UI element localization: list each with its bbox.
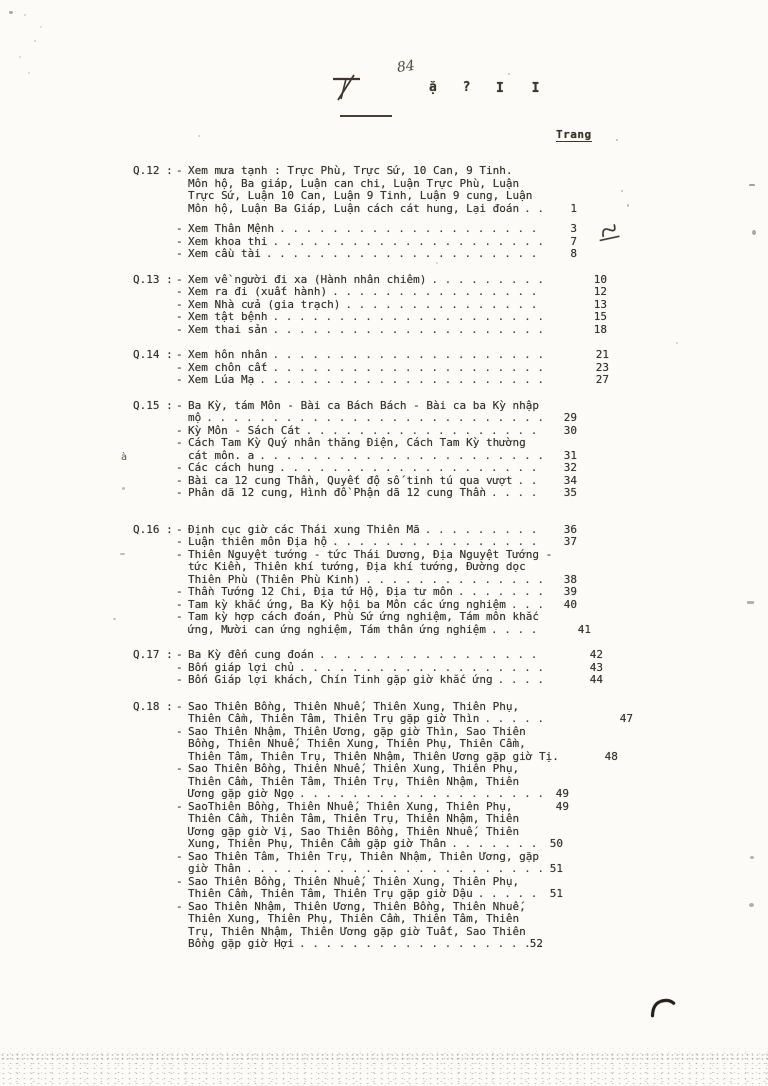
section-label xyxy=(133,475,176,488)
entry-dash: - xyxy=(176,286,188,299)
page-number xyxy=(543,901,577,914)
section-label xyxy=(133,561,176,574)
entry-dash: - xyxy=(176,437,188,450)
toc-line: Q.12 :-Xem mưa tạnh : Trực Phù, Trực Sứ,… xyxy=(133,165,577,178)
entry-text: mộ xyxy=(188,412,201,425)
dot-leader: . . . . . . . . . . . . . . . . . . . . … xyxy=(301,425,543,438)
entry-text: Thiên Xung, Thiên Phụ, Thiên Cầm, Thiên … xyxy=(188,913,519,926)
section-label xyxy=(133,751,176,764)
page-number xyxy=(543,190,577,203)
section-label xyxy=(133,801,176,814)
section-label: Q.12 : xyxy=(133,165,176,178)
toc-line: mộ. . . . . . . . . . . . . . . . . . . … xyxy=(133,412,577,425)
page-number xyxy=(543,763,577,776)
entry-dash: - xyxy=(176,374,188,387)
entry-dash xyxy=(176,788,188,801)
dot-leader: . . . . . . . . . . . . . . . . . . . . … xyxy=(267,362,543,375)
section-label xyxy=(133,437,176,450)
entry-text: Phân dã 12 cung, Hình đồ Phận dã 12 cung… xyxy=(188,487,486,500)
entry-dash: - xyxy=(176,223,188,236)
dot-leader: . . . . . . . . . . . . . . . . . . . . … xyxy=(274,462,543,475)
entry-dash xyxy=(176,888,188,901)
toc-line: -Xem ra đi (xuất hành). . . . . . . . . … xyxy=(133,286,577,299)
page-number: 3 xyxy=(543,223,577,236)
entry-text: Môn hộ, Luận Ba Giáp, Luận cách cát hung… xyxy=(188,203,519,216)
entry-dash xyxy=(176,624,188,637)
page-number: 32 xyxy=(543,462,577,475)
toc-section-q.13: Q.13 :-Xem về người đi xa (Hành nhân chi… xyxy=(133,274,577,337)
page-number: 35 xyxy=(543,487,577,500)
dot-leader xyxy=(526,738,543,751)
page-number xyxy=(543,178,577,191)
entry-text: Cách Tam Kỳ Quý nhân thăng Điện, Cách Ta… xyxy=(188,437,526,450)
section-label xyxy=(133,248,176,261)
entry-dash xyxy=(176,738,188,751)
crossed-out-mark-icon xyxy=(331,73,363,103)
entry-text: Bốn Giáp lợi khách, Chín Tinh gặp giờ kh… xyxy=(188,674,493,687)
entry-text: Xem thai sản xyxy=(188,324,267,337)
section-label xyxy=(133,462,176,475)
entry-dash xyxy=(176,203,188,216)
scan-speck xyxy=(752,230,756,235)
scan-speck xyxy=(621,190,623,192)
entry-text: Xem cầu tài xyxy=(188,248,261,261)
page-number xyxy=(543,726,577,739)
entry-dash: - xyxy=(176,536,188,549)
toc-line: Ương gặp giờ Ngọ. . . . . . . . . . . . … xyxy=(133,788,577,801)
dot-leader xyxy=(519,776,543,789)
entry-text: Xem tật bệnh xyxy=(188,311,267,324)
entry-dash: - xyxy=(176,611,188,624)
entry-dash: - xyxy=(176,763,188,776)
dot-leader: . . . . . . . . . . . . . . . . . . . . … xyxy=(340,299,543,312)
entry-dash: - xyxy=(176,701,188,714)
entry-dash: - xyxy=(176,324,188,337)
entry-dash xyxy=(176,826,188,839)
dot-leader: . . . . . . . . . . . . . . . . . . . . … xyxy=(261,248,543,261)
entry-dash xyxy=(176,412,188,425)
page-number: 47 xyxy=(599,713,633,726)
dot-leader xyxy=(539,611,544,624)
dot-leader: . . . . . . . . . . . . . . . . . . . . … xyxy=(254,450,543,463)
entry-dash: - xyxy=(176,248,188,261)
page-number: 1 xyxy=(543,203,577,216)
dot-leader: . . . . . . . . . . . . . . . . . . . . … xyxy=(420,524,543,537)
page-number xyxy=(544,611,578,624)
page-number xyxy=(543,813,577,826)
section-label xyxy=(133,487,176,500)
entry-text: Bồng, Thiên Nhuế, Thiên Xung, Thiên Phụ,… xyxy=(188,738,526,751)
entry-text: Ba Kỳ đến cung đoán xyxy=(188,649,314,662)
scan-speck xyxy=(19,56,21,58)
scan-speck xyxy=(676,342,678,344)
toc-line: -Tam kỳ hợp cách đoán, Phù Sứ ứng nghiệm… xyxy=(133,611,577,624)
section-label xyxy=(133,776,176,789)
scan-speck xyxy=(113,618,116,620)
dot-leader: . . . . . . . . . . . . . . . . . . . . … xyxy=(267,236,543,249)
entry-text: giờ Thân xyxy=(188,863,241,876)
section-label xyxy=(133,324,176,337)
toc-line: Trực Sứ, Luận 10 Can, Luận 9 Tinh, Luận … xyxy=(133,190,577,203)
toc-line: Thiên Xung, Thiên Phụ, Thiên Cầm, Thiên … xyxy=(133,913,577,926)
scan-speck xyxy=(750,856,754,859)
entry-dash xyxy=(176,838,188,851)
entry-dash: - xyxy=(176,165,188,178)
dot-leader xyxy=(526,901,543,914)
page-number: 44 xyxy=(569,674,603,687)
entry-dash xyxy=(176,713,188,726)
toc-line: Thiên Cầm, Thiên Tâm, Thiên Trụ gặp giờ … xyxy=(133,713,577,726)
dot-leader xyxy=(539,851,544,864)
dot-leader: . . . . . . . . . . . . . . . . . . . . … xyxy=(426,274,543,287)
scan-speck xyxy=(9,11,13,14)
dot-leader: . . . . . . . . . . . . . . . . . . . . … xyxy=(486,624,543,637)
dot-leader: . . . . . . . . . . . . . . . . . . . . … xyxy=(294,788,543,801)
section-label xyxy=(133,674,176,687)
section-label xyxy=(133,223,176,236)
entry-text: Các cách hung xyxy=(188,462,274,475)
entry-dash: - xyxy=(176,549,188,562)
section-label xyxy=(133,190,176,203)
page-number xyxy=(557,549,591,562)
entry-text: Xem Thân Mệnh xyxy=(188,223,274,236)
toc-line: -Xem thai sản. . . . . . . . . . . . . .… xyxy=(133,324,577,337)
section-label: Q.13 : xyxy=(133,274,176,287)
dot-leader: . . . . . . . . . . . . . . . . . . . . … xyxy=(453,586,543,599)
scan-noise-band xyxy=(0,1053,768,1061)
toc-line: -Sao Thiên Bồng, Thiên Nhuế, Thiên Xung,… xyxy=(133,763,577,776)
toc-line: Xung, Thiên Phụ, Thiên Cầm gặp giờ Thân.… xyxy=(133,838,577,851)
section-label xyxy=(133,838,176,851)
entry-dash: - xyxy=(176,311,188,324)
entry-dash xyxy=(176,813,188,826)
section-label xyxy=(133,586,176,599)
entry-text: Ba Kỳ, tám Môn - Bài ca Bách Bách - Bài … xyxy=(188,400,539,413)
section-label: Q.15 : xyxy=(133,400,176,413)
entry-dash xyxy=(176,178,188,191)
entry-dash: - xyxy=(176,487,188,500)
section-label xyxy=(133,299,176,312)
toc-line: -Cách Tam Kỳ Quý nhân thăng Điện, Cách T… xyxy=(133,437,577,450)
entry-dash xyxy=(176,190,188,203)
entry-text: Xem mưa tạnh : Trực Phù, Trực Sứ, 10 Can… xyxy=(188,165,513,178)
section-label xyxy=(133,536,176,549)
scan-speck xyxy=(24,14,26,16)
toc-line: Thiên Cầm, Thiên Tâm, Thiên Trụ, Thiên N… xyxy=(133,813,577,826)
entry-dash: - xyxy=(176,876,188,889)
dot-leader: . . . . . . . . . . . . . . . . . . . . … xyxy=(254,374,543,387)
entry-text: Xem Lúa Mạ xyxy=(188,374,254,387)
page-number: 18 xyxy=(573,324,607,337)
entry-dash xyxy=(176,913,188,926)
dot-leader xyxy=(519,178,543,191)
toc-section-q.18: Q.18 :-Sao Thiên Bồng, Thiên Nhuế, Thiên… xyxy=(133,701,577,951)
entry-text: Thiên Cầm, Thiên Tâm, Thiên Trụ, Thiên N… xyxy=(188,813,519,826)
entry-dash: - xyxy=(176,400,188,413)
entry-dash: - xyxy=(176,851,188,864)
entry-dash: - xyxy=(176,674,188,687)
dot-leader: . . . . . . . . . . . . . . . . . . . . … xyxy=(486,487,543,500)
entry-dash: - xyxy=(176,801,188,814)
toc-line: Thiên Cầm, Thiên Tâm, Thiên Trụ gặp giờ … xyxy=(133,888,577,901)
entry-text: Ương gặp giờ Ngọ xyxy=(188,788,294,801)
entry-text: Xem hôn nhân xyxy=(188,349,267,362)
dot-leader xyxy=(539,400,544,413)
section-label xyxy=(133,938,176,951)
dot-leader: . . . . . . . . . . . . . . . . . . . . … xyxy=(327,536,543,549)
dot-leader: . . . . . . . . . . . . . . . . . . . . … xyxy=(506,599,543,612)
toc-section-q.15: Q.15 :-Ba Kỳ, tám Môn - Bài ca Bách Bách… xyxy=(133,400,577,500)
section-label xyxy=(133,913,176,926)
toc-line: -Xem cầu tài. . . . . . . . . . . . . . … xyxy=(133,248,577,261)
toc-line: -Xem Thân Mệnh. . . . . . . . . . . . . … xyxy=(133,223,577,236)
page-number: 49 xyxy=(535,801,569,814)
entry-text: Thiên Cầm, Thiên Tâm, Thiên Trụ gặp giờ … xyxy=(188,713,479,726)
dot-leader xyxy=(532,190,543,203)
entry-text: Xem ra đi (xuất hành) xyxy=(188,286,327,299)
scan-noise-band xyxy=(0,1046,768,1086)
toc-line: giờ Thân. . . . . . . . . . . . . . . . … xyxy=(133,863,577,876)
toc-line: -Bốn Giáp lợi khách, Chín Tinh gặp giờ k… xyxy=(133,674,577,687)
section-label: Q.14 : xyxy=(133,349,176,362)
section-label xyxy=(133,888,176,901)
page-number: 8 xyxy=(543,248,577,261)
page-number: 37 xyxy=(543,536,577,549)
entry-dash xyxy=(176,926,188,939)
page-number xyxy=(543,913,577,926)
scan-speck xyxy=(616,139,618,141)
section-label xyxy=(133,813,176,826)
scan-speck xyxy=(749,184,755,186)
toc-section-q.16: Q.16 :-Định cục giờ các Thái xung Thiên … xyxy=(133,524,577,637)
page-number: 27 xyxy=(575,374,609,387)
page-number xyxy=(543,437,577,450)
section-label xyxy=(133,763,176,776)
section-label xyxy=(133,788,176,801)
entry-text: tức Kiền, Thiên khí tướng, Địa khí tướng… xyxy=(188,561,526,574)
section-label xyxy=(133,374,176,387)
dot-leader xyxy=(526,561,543,574)
entry-text: Xung, Thiên Phụ, Thiên Cầm gặp giờ Thân xyxy=(188,838,446,851)
section-label xyxy=(133,926,176,939)
header-numeral: I I xyxy=(496,81,549,96)
page-number xyxy=(543,738,577,751)
entry-dash xyxy=(176,938,188,951)
page-number: 39 xyxy=(543,586,577,599)
section-label xyxy=(133,851,176,864)
toc: Q.12 :-Xem mưa tạnh : Trực Phù, Trực Sứ,… xyxy=(133,160,577,951)
section-label xyxy=(133,203,176,216)
page-number xyxy=(543,926,577,939)
page-number xyxy=(543,165,577,178)
section-label xyxy=(133,611,176,624)
section-label xyxy=(133,425,176,438)
page-number: 51 xyxy=(529,863,563,876)
entry-dash: - xyxy=(176,726,188,739)
dot-leader xyxy=(519,813,543,826)
scan-speck xyxy=(749,903,754,907)
dot-leader: . . . . . . . . . . . . . . . . . . . . … xyxy=(314,649,543,662)
dot-leader: . . . . . . . . . . . . . . . . . . . . … xyxy=(360,574,543,587)
entry-dash: - xyxy=(176,349,188,362)
section-label xyxy=(133,624,176,637)
dot-leader: . . . . . . . . . . . . . . . . . . . . … xyxy=(267,311,543,324)
page-number: 29 xyxy=(543,412,577,425)
page-number: 48 xyxy=(584,751,618,764)
toc-line: -Xem tật bệnh. . . . . . . . . . . . . .… xyxy=(133,311,577,324)
scan-speck xyxy=(436,262,438,264)
section-label xyxy=(133,863,176,876)
dot-leader xyxy=(519,763,543,776)
section-label xyxy=(133,826,176,839)
handwritten-scribble-icon xyxy=(597,217,624,246)
entry-text: Bồng gặp giờ Hợi xyxy=(188,938,294,951)
entry-text: Sao Thiên Bồng, Thiên Nhuế, Thiên Xung, … xyxy=(188,763,519,776)
page-number: 40 xyxy=(543,599,577,612)
dot-leader: . . . . . . . . . . . . . . . . . . . . … xyxy=(519,203,543,216)
toc-section-q.14: Q.14 :-Xem hôn nhân. . . . . . . . . . .… xyxy=(133,349,577,387)
toc-line: Q.14 :-Xem hôn nhân. . . . . . . . . . .… xyxy=(133,349,577,362)
dot-leader: . . . . . . . . . . . . . . . . . . . . … xyxy=(294,662,543,675)
scan-speck xyxy=(508,73,510,75)
dot-leader: . . . . . . . . . . . . . . . . . . . . … xyxy=(479,713,543,726)
scan-speck xyxy=(198,135,200,137)
handwritten-number: 84 xyxy=(396,58,416,76)
toc-line: Môn hộ, Luận Ba Giáp, Luận cách cát hung… xyxy=(133,203,577,216)
page-number xyxy=(543,701,577,714)
entry-dash xyxy=(176,863,188,876)
page-number xyxy=(543,561,577,574)
dot-leader: . . . . . . . . . . . . . . . . . . . . … xyxy=(294,938,543,951)
entry-dash: - xyxy=(176,901,188,914)
dot-leader xyxy=(519,876,543,889)
entry-dash: - xyxy=(176,462,188,475)
section-label xyxy=(133,450,176,463)
section-label xyxy=(133,236,176,249)
section-label xyxy=(133,662,176,675)
toc-line: Q.17 :-Ba Kỳ đến cung đoán. . . . . . . … xyxy=(133,649,577,662)
toc-line: Bồng gặp giờ Hợi. . . . . . . . . . . . … xyxy=(133,938,577,951)
section-label xyxy=(133,713,176,726)
section-label xyxy=(133,549,176,562)
section-label xyxy=(133,362,176,375)
toc-line: -Các cách hung. . . . . . . . . . . . . … xyxy=(133,462,577,475)
dot-leader: . . . . . . . . . . . . . . . . . . . . … xyxy=(513,475,543,488)
dot-leader xyxy=(519,826,543,839)
toc-line: Bồng, Thiên Nhuế, Thiên Xung, Thiên Phụ,… xyxy=(133,738,577,751)
page-number: 52 xyxy=(509,938,543,951)
dot-leader xyxy=(519,701,543,714)
dot-leader xyxy=(559,751,564,764)
scan-speck xyxy=(120,553,125,555)
section-label xyxy=(133,574,176,587)
dot-leader xyxy=(519,913,543,926)
entry-text: ứng, Mười can ứng nghiệm, Tám thân ứng n… xyxy=(188,624,486,637)
toc-line: ứng, Mười can ứng nghiệm, Tám thân ứng n… xyxy=(133,624,577,637)
entry-dash: - xyxy=(176,586,188,599)
dot-leader xyxy=(526,726,543,739)
entry-text: Thiên Cầm, Thiên Tâm, Thiên Trụ gặp giờ … xyxy=(188,888,473,901)
section-label xyxy=(133,901,176,914)
dot-leader xyxy=(513,165,543,178)
page-number: 51 xyxy=(529,888,563,901)
toc-line: -Xem Lúa Mạ. . . . . . . . . . . . . . .… xyxy=(133,374,577,387)
section-label: Q.17 : xyxy=(133,649,176,662)
section-label xyxy=(133,412,176,425)
scan-speck xyxy=(40,26,42,28)
dot-leader: . . . . . . . . . . . . . . . . . . . . … xyxy=(267,349,543,362)
dot-leader xyxy=(526,437,543,450)
header-glyph: ặ ? xyxy=(429,80,479,95)
toc-section-q.17: Q.17 :-Ba Kỳ đến cung đoán. . . . . . . … xyxy=(133,649,577,687)
dot-leader: . . . . . . . . . . . . . . . . . . . . … xyxy=(327,286,543,299)
ink-hook-icon xyxy=(648,996,677,1020)
section-label xyxy=(133,311,176,324)
entry-dash: - xyxy=(176,649,188,662)
toc-line: tức Kiền, Thiên khí tướng, Địa khí tướng… xyxy=(133,561,577,574)
scan-speck xyxy=(28,72,30,74)
section-label xyxy=(133,286,176,299)
dot-leader: . . . . . . . . . . . . . . . . . . . . … xyxy=(493,674,543,687)
header-underline xyxy=(340,115,392,117)
dot-leader xyxy=(552,549,557,562)
section-label xyxy=(133,876,176,889)
margin-note: à xyxy=(121,452,127,463)
page-column-header: Trang xyxy=(556,128,592,142)
section-label xyxy=(133,726,176,739)
entry-dash xyxy=(176,776,188,789)
entry-text: Thần Tướng 12 Chi, Địa tứ Hộ, Địa tư môn xyxy=(188,586,453,599)
dot-leader: . . . . . . . . . . . . . . . . . . . . … xyxy=(201,412,543,425)
section-label: Q.16 : xyxy=(133,524,176,537)
dot-leader: . . . . . . . . . . . . . . . . . . . . … xyxy=(241,863,543,876)
section-label xyxy=(133,599,176,612)
dot-leader: . . . . . . . . . . . . . . . . . . . . … xyxy=(274,223,543,236)
entry-dash xyxy=(176,561,188,574)
section-label xyxy=(133,178,176,191)
toc-line: -Phân dã 12 cung, Hình đồ Phận dã 12 cun… xyxy=(133,487,577,500)
page-number: 50 xyxy=(529,838,563,851)
page-number: 30 xyxy=(543,425,577,438)
scan-speck xyxy=(627,204,629,207)
scan-speck xyxy=(122,487,125,490)
section-label: Q.18 : xyxy=(133,701,176,714)
entry-text: Tam kỳ hợp cách đoán, Phù Sứ ứng nghiệm,… xyxy=(188,611,539,624)
scan-speck xyxy=(747,601,754,604)
dot-leader: . . . . . . . . . . . . . . . . . . . . … xyxy=(267,324,543,337)
scan-speck xyxy=(34,40,36,42)
entry-text: Trực Sứ, Luận 10 Can, Luận 9 Tinh, Luận … xyxy=(188,190,532,203)
toc-line: -Thần Tướng 12 Chi, Địa tứ Hộ, Địa tư mô… xyxy=(133,586,577,599)
scanned-document-page: 84 ặ ? I I Trang à Q.12 :-Xem mưa tạnh :… xyxy=(0,0,768,1086)
toc-line: -Luận thiên môn Địa hộ. . . . . . . . . … xyxy=(133,536,577,549)
page-number: 41 xyxy=(557,624,591,637)
toc-section-q.12: Q.12 :-Xem mưa tạnh : Trực Phù, Trực Sứ,… xyxy=(133,165,577,261)
section-label xyxy=(133,738,176,751)
entry-text: Luận thiên môn Địa hộ xyxy=(188,536,327,549)
